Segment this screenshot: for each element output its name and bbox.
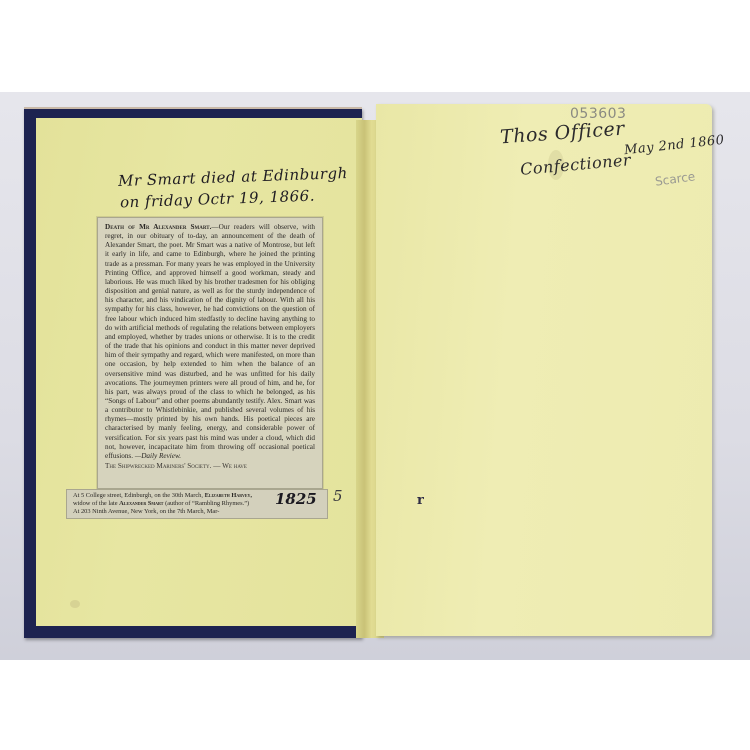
stain-mark xyxy=(70,600,80,608)
cover-edge-wear xyxy=(24,107,362,109)
clipping-trailing-line: The Shipwrecked Mariners' Society. — We … xyxy=(105,462,315,471)
notice-name: Elizabeth Harvey, xyxy=(205,492,252,499)
notice-text: widow of the late xyxy=(73,500,118,507)
notice-text: (author of “Rambling Rhymes.”) xyxy=(165,500,249,507)
notice-name: Alexander Smart xyxy=(119,500,163,507)
clipping-body: —Our readers will observe, with regret, … xyxy=(105,223,315,460)
handwritten-number: 5 xyxy=(333,487,343,505)
ink-mark: r xyxy=(417,493,424,508)
handwritten-year: 1825 xyxy=(275,490,317,508)
clipping-headline: Death of Mr Alexander Smart. xyxy=(105,223,211,231)
notice-line-3: At 203 Ninth Avenue, New York, on the 7t… xyxy=(73,508,321,516)
clipping-source: —Daily Review. xyxy=(135,452,181,460)
bottom-margin xyxy=(0,660,750,750)
notice-text: At 5 College street, Edinburgh, on the 3… xyxy=(73,492,203,499)
obituary-clipping: Death of Mr Alexander Smart.—Our readers… xyxy=(97,217,323,489)
